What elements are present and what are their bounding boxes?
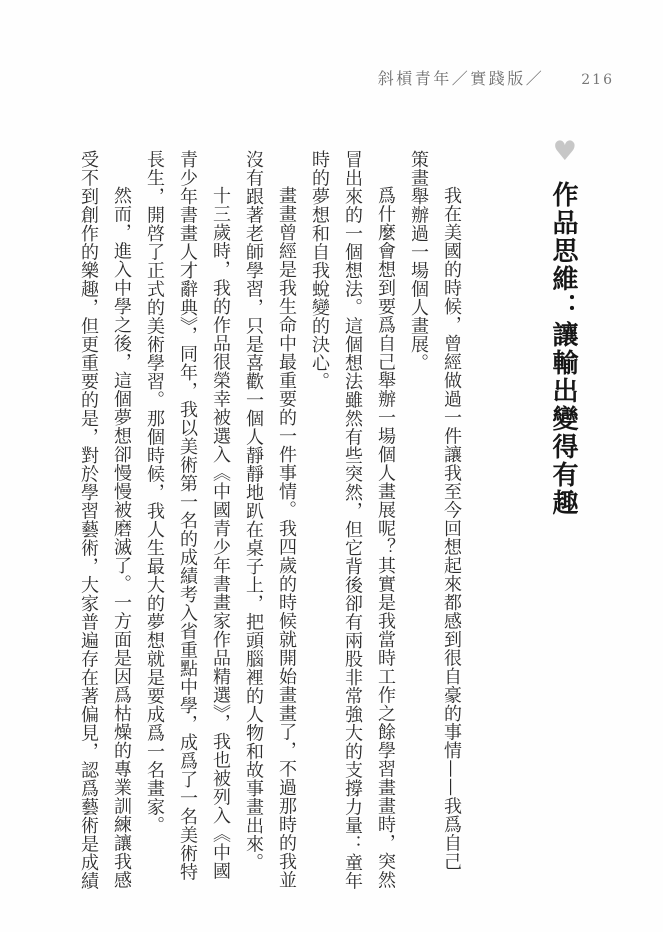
text-column: 冒出來的一個想法。這個想法雖然有些突然，但它背後卻有兩股非常強大的支撐力量：童年 xyxy=(336,150,369,850)
running-header: 斜槓青年／實踐版／ 216 xyxy=(378,66,614,89)
heart-icon: ♥ xyxy=(553,138,577,165)
text-column: 受不到創作的樂趣，但更重要的是，對於學習藝術，大家普遍存在著偏見，認爲藝術是成績 xyxy=(72,150,105,850)
text-column: 爲什麼會想到要爲自己舉辦一場個人畫展呢？其實是我當時工作之餘學習畫畫時，突然 xyxy=(369,150,402,850)
text-column: 然而，進入中學之後，這個夢想卻慢慢被磨滅了。一方面是因爲枯燥的專業訓練讓我感 xyxy=(105,150,138,850)
text-column: 畫畫曾經是我生命中最重要的一件事情。我四歲的時候就開始畫畫了，不過那時的我並 xyxy=(270,150,303,850)
page-number: 216 xyxy=(581,72,614,88)
book-page: 斜槓青年／實踐版／ 216 ♥ 作品思維：讓輸出變得有趣 我在美國的時候，曾經做… xyxy=(0,0,663,932)
text-column: 我在美國的時候，曾經做過一件讓我至今回想起來都感到很自豪的事情——我爲自己 xyxy=(435,150,468,850)
book-title: 斜槓青年／實踐版／ xyxy=(378,66,545,89)
text-column: 青少年書畫人才辭典》，同年，我以美術第一名的成績考入省重點中學，成爲了一名美術特 xyxy=(171,150,204,850)
text-column: 長生，開啓了正式的美術學習。那個時候，我人生最大的夢想就是要成爲一名畫家。 xyxy=(138,150,171,850)
chapter-title: 作品思維：讓輸出變得有趣 xyxy=(547,181,579,517)
text-column: 沒有跟著老師學習，只是喜歡一個人靜靜地趴在桌子上，把頭腦裡的人物和故事畫出來。 xyxy=(237,150,270,850)
body-text: 我在美國的時候，曾經做過一件讓我至今回想起來都感到很自豪的事情——我爲自己 策畫… xyxy=(72,150,468,850)
text-column: 時的夢想和自我蛻變的決心。 xyxy=(303,150,336,850)
text-column: 策畫舉辦過一場個人畫展。 xyxy=(402,150,435,850)
text-column: 十三歲時，我的作品很榮幸被選入《中國青少年書畫家作品精選》，我也被列入《中國 xyxy=(204,150,237,850)
